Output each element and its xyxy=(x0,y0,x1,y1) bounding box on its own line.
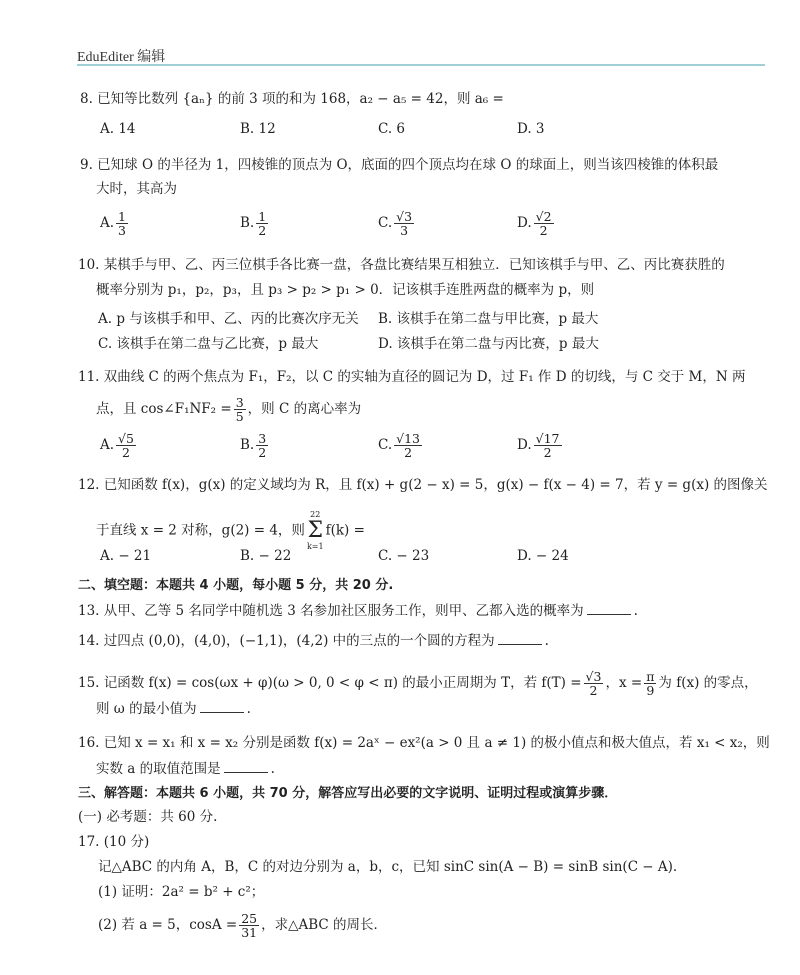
summation-sign: 22Σk=1 xyxy=(307,510,324,552)
q10-option-d: D. 该棋手在第二盘与丙比赛，p 最大 xyxy=(378,335,599,353)
q11-option-b: B.32 xyxy=(240,432,270,459)
q9-option-a: A.13 xyxy=(100,210,130,237)
question-17-part2: (2) 若 a = 5，cosA =2531，求△ABC 的周长． xyxy=(98,912,387,939)
q11-option-c: C.√132 xyxy=(378,432,424,459)
question-8-stem: 8. 已知等比数列 {aₙ} 的前 3 项的和为 168，a₂ − a₅ = 4… xyxy=(80,90,504,108)
question-11-stem-line2: 点，且 cos∠F₁NF₂ =35，则 C 的离心率为 xyxy=(96,396,361,423)
page-header: EduEditer 编辑 xyxy=(77,44,765,66)
question-17-stem: 记△ABC 的内角 A，B，C 的对边分别为 a，b，c，已知 sinC sin… xyxy=(98,858,677,876)
section-2-title: 二、填空题：本题共 4 小题，每小题 5 分，共 20 分. xyxy=(78,577,393,595)
section-3-title: 三、解答题：本题共 6 小题，共 70 分，解答应写出必要的文字说明、证明过程或… xyxy=(78,785,617,803)
question-17-head: 17. (10 分) xyxy=(78,833,149,851)
question-12-stem-line2: 于直线 x = 2 对称，g(2) = 4，则22Σk=1f(k) = xyxy=(96,510,365,552)
q10-option-b: B. 该棋手在第二盘与甲比赛，p 最大 xyxy=(378,310,598,328)
q9-option-c: C.√33 xyxy=(378,210,416,237)
q12-option-c: C. − 23 xyxy=(378,547,429,565)
question-15-line1: 15. 记函数 f(x) = cos(ωx + φ)(ω > 0, 0 < φ … xyxy=(78,670,758,697)
q8-option-c: C. 6 xyxy=(378,120,405,138)
q12-option-b: B. − 22 xyxy=(240,547,291,565)
section-3-subtitle: (一) 必考题：共 60 分. xyxy=(78,808,217,826)
q12-option-d: D. − 24 xyxy=(517,547,569,565)
q8-option-d: D. 3 xyxy=(517,120,545,138)
q10-option-c: C. 该棋手在第二盘与乙比赛，p 最大 xyxy=(98,335,318,353)
question-12-stem-line1: 12. 已知函数 f(x)，g(x) 的定义域均为 R，且 f(x) + g(2… xyxy=(78,476,768,494)
q8-option-a: A. 14 xyxy=(100,120,136,138)
q8-option-b: B. 12 xyxy=(240,120,276,138)
q9-option-b: B.12 xyxy=(240,210,270,237)
question-9-stem-line1: 9. 已知球 O 的半径为 1，四棱锥的顶点为 O，底面的四个顶点均在球 O 的… xyxy=(80,156,718,174)
q11-option-a: A.√52 xyxy=(100,432,138,459)
question-16-line1: 16. 已知 x = x₁ 和 x = x₂ 分别是函数 f(x) = 2aˣ … xyxy=(78,734,770,752)
answer-blank xyxy=(200,700,244,713)
question-11-stem-line1: 11. 双曲线 C 的两个焦点为 F₁，F₂，以 C 的实轴为直径的圆记为 D，… xyxy=(78,368,745,386)
question-15-line2: 则 ω 的最小值为. xyxy=(96,700,251,718)
header-title: EduEditer 编辑 xyxy=(77,46,165,66)
answer-blank xyxy=(587,602,631,615)
answer-blank xyxy=(224,760,268,773)
q9-option-d: D.√22 xyxy=(517,210,556,237)
q10-option-a: A. p 与该棋手和甲、乙、丙的比赛次序无关 xyxy=(98,310,359,328)
q12-option-a: A. − 21 xyxy=(100,547,151,565)
question-10-stem-line1: 10. 某棋手与甲、乙、丙三位棋手各比赛一盘，各盘比赛结果互相独立．已知该棋手与… xyxy=(78,256,725,274)
answer-blank xyxy=(498,632,542,645)
q11-option-d: D.√172 xyxy=(517,432,564,459)
question-14: 14. 过四点 (0,0)，(4,0)，(−1,1)，(4,2) 中的三点的一个… xyxy=(78,632,549,650)
question-9-stem-line2: 大时，其高为 xyxy=(96,180,177,198)
question-17-part1: (1) 证明：2a² = b² + c²； xyxy=(98,883,264,901)
question-13: 13. 从甲、乙等 5 名同学中随机选 3 名参加社区服务工作，则甲、乙都入选的… xyxy=(78,602,638,620)
question-16-line2: 实数 a 的取值范围是. xyxy=(96,760,275,778)
question-10-stem-line2: 概率分别为 p₁，p₂，p₃，且 p₃ > p₂ > p₁ > 0．记该棋手连胜… xyxy=(96,281,594,299)
